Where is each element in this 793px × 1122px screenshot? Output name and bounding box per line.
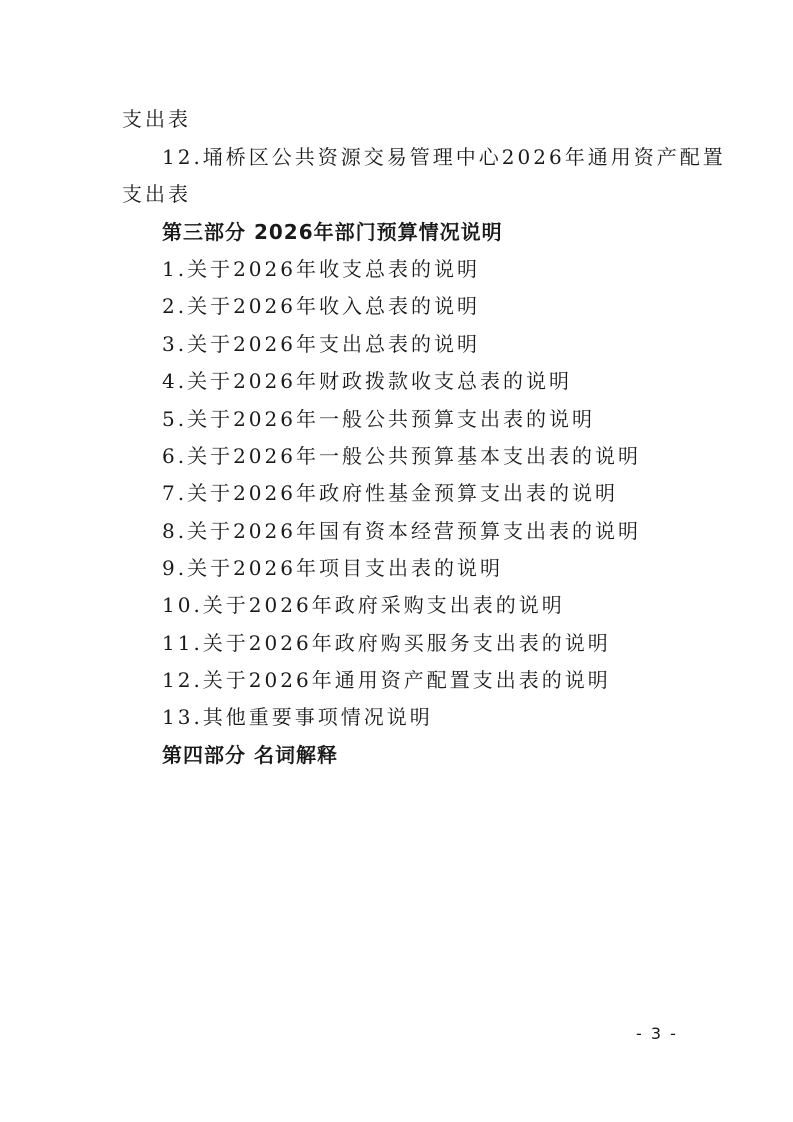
page-number: - 3 - [636, 1024, 678, 1043]
toc-item: 1.关于2026年收支总表的说明 [162, 256, 480, 282]
toc-item: 13.其他重要事项情况说明 [162, 704, 433, 730]
toc-item: 11.关于2026年政府购买服务支出表的说明 [162, 630, 611, 656]
toc-item: 7.关于2026年政府性基金预算支出表的说明 [162, 480, 618, 506]
toc-item: 3.关于2026年支出总表的说明 [162, 331, 480, 357]
toc-item: 9.关于2026年项目支出表的说明 [162, 555, 503, 581]
toc-item: 8.关于2026年国有资本经营预算支出表的说明 [162, 518, 641, 544]
toc-item: 10.关于2026年政府采购支出表的说明 [162, 592, 565, 618]
toc-item: 4.关于2026年财政拨款收支总表的说明 [162, 368, 572, 394]
toc-continuation: 支出表 [122, 181, 191, 207]
toc-item: 12.关于2026年通用资产配置支出表的说明 [162, 667, 611, 693]
section-heading: 第三部分 2026年部门预算情况说明 [162, 219, 503, 245]
toc-item: 2.关于2026年收入总表的说明 [162, 293, 480, 319]
toc-item: 6.关于2026年一般公共预算基本支出表的说明 [162, 443, 641, 469]
section-heading: 第四部分 名词解释 [162, 742, 338, 768]
toc-item: 12.埇桥区公共资源交易管理中心2026年通用资产配置 [162, 144, 726, 170]
toc-item: 5.关于2026年一般公共预算支出表的说明 [162, 406, 595, 432]
toc-continuation: 支出表 [122, 106, 191, 132]
